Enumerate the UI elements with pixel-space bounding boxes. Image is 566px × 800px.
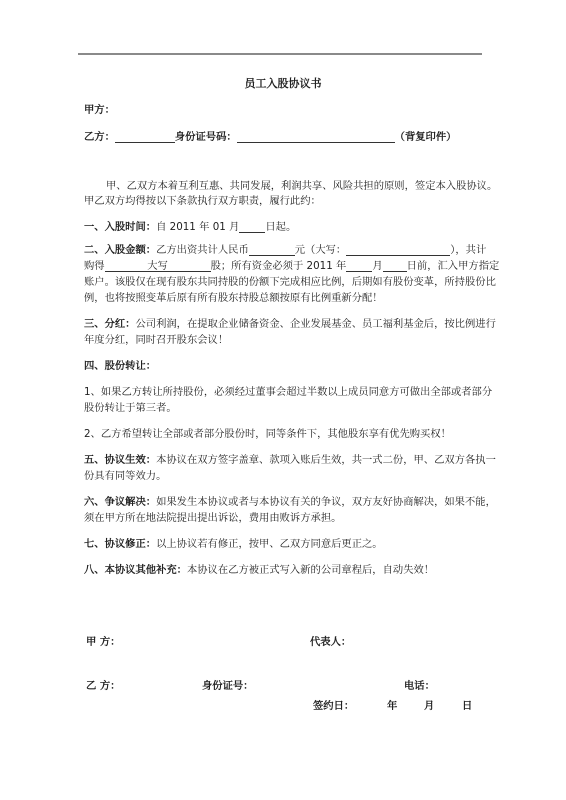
- party-a-field: 甲方：: [84, 104, 115, 116]
- start-day-blank[interactable]: [239, 221, 265, 233]
- signature-party-b: 乙 方：: [86, 677, 120, 692]
- section-8-line-1: 八、本协议其他补充：本协议在乙方被正式写入新的公司章程后，自动失效！: [84, 564, 434, 576]
- intro-line-2: 甲乙双方均得按以下条款执行双方职责，履行此约：: [84, 195, 321, 207]
- shares-count-blank[interactable]: 大写: [105, 260, 211, 272]
- section-2-heading: 二、入股金额：: [84, 244, 156, 256]
- section-2-line-1: 二、入股金额：乙方出资共计人民币元（大写：），共计: [84, 244, 486, 256]
- section-1-text-end: 日起。: [265, 221, 296, 233]
- party-b-name-blank[interactable]: [115, 131, 175, 143]
- deadline-day-blank[interactable]: [383, 260, 407, 272]
- section-3-heading: 三、分红：: [84, 318, 135, 330]
- signature-day: 日: [462, 697, 472, 712]
- section-6-text: 如果发生本协议或者与本协议有关的争议，双方友好协商解决，如果不能，: [156, 496, 496, 508]
- section-2-text: 购得: [84, 260, 105, 272]
- section-5-line-1: 五、协议生效：本协议在双方签字盖章、款项入账后生效，共一式二份，甲、乙双方各执一: [84, 454, 496, 466]
- id-number-blank[interactable]: [237, 131, 395, 143]
- section-5-text: 本协议在双方签字盖章、款项入账后生效，共一式二份，甲、乙双方各执一: [156, 454, 496, 466]
- section-4-heading: 四、股份转让：: [84, 360, 156, 372]
- section-1-text: 自 2011 年 01 月: [156, 221, 239, 233]
- section-7-line-1: 七、协议修正：以上协议若有修正，按甲、乙双方同意后更正之。: [84, 538, 383, 550]
- section-3-line-1: 三、分红：公司利润，在提取企业储备资金、企业发展基金、员工福利基金后，按比例进行: [84, 318, 496, 330]
- section-4-item-1-line-1: 1、如果乙方转让所持股份，必须经过董事会超过半数以上成员同意方可做出全部或者部分: [84, 386, 492, 398]
- section-8-text: 本协议在乙方被正式写入新的公司章程后，自动失效！: [187, 564, 434, 576]
- section-2-text: 日前，汇入甲方指定: [407, 260, 500, 272]
- section-4-item-2: 2、乙方希望转让全部或者部分股份时，同等条件下，其他股东享有优先购买权！: [84, 428, 451, 440]
- section-2-line-2: 购得大写股；所有资金必须于 2011 年月日前，汇入甲方指定: [84, 260, 499, 272]
- section-2-text: ），共计: [450, 244, 486, 256]
- section-5-line-2: 份具有同等效力。: [84, 470, 166, 482]
- section-3-line-2: 年度分红，同时召开股东会议！: [84, 334, 228, 346]
- section-1-heading: 一、入股时间：: [84, 221, 156, 233]
- signature-representative: 代表人：: [310, 633, 351, 648]
- signature-date-label: 签约日：: [313, 697, 354, 712]
- section-5-heading: 五、协议生效：: [84, 454, 156, 466]
- signature-month: 月: [424, 697, 434, 712]
- shares-blank-hint: 大写: [147, 260, 168, 272]
- section-7-heading: 七、协议修正：: [84, 538, 156, 550]
- amount-capital-blank[interactable]: [346, 244, 450, 256]
- party-a-label: 甲方：: [84, 104, 115, 116]
- section-4-item-1-line-2: 股份转让于第三者。: [84, 402, 177, 414]
- intro-line-1: 甲、乙双方本着互利互惠、共同发展，利润共享、风险共担的原则，签定本入股协议。: [106, 180, 497, 192]
- signature-phone: 电话：: [404, 677, 435, 692]
- section-2-text: 乙方出资共计人民币: [156, 244, 249, 256]
- section-2-line-3: 账户。该股仅在现有股东共同持股的份额下完成相应比例，后期如有股份变革，所持股份比: [84, 276, 496, 288]
- section-2-line-4: 例，也将按照变革后原有所有股东持股总额按原有比例重新分配！: [84, 292, 383, 304]
- party-b-field: 乙方：身份证号码：（背复印件）: [84, 131, 456, 143]
- id-copy-note: （背复印件）: [395, 131, 457, 143]
- section-3-text: 公司利润，在提取企业储备资金、企业发展基金、员工福利基金后，按比例进行: [135, 318, 495, 330]
- section-2-text: 股；所有资金必须于 2011 年: [211, 260, 347, 272]
- header-rule: [78, 53, 482, 55]
- deadline-month-blank[interactable]: [346, 260, 372, 272]
- amount-rmb-blank[interactable]: [249, 244, 295, 256]
- signature-party-a: 甲 方：: [86, 633, 120, 648]
- signature-id-number: 身份证号：: [202, 677, 253, 692]
- section-6-heading: 六、争议解决：: [84, 496, 156, 508]
- section-2-text: 月: [372, 260, 382, 272]
- id-number-label: 身份证号码：: [175, 131, 237, 143]
- signature-year: 年: [387, 697, 397, 712]
- section-1: 一、入股时间：自 2011 年 01 月日起。: [84, 221, 296, 233]
- section-6-line-2: 须在甲方所在地法院提出提出诉讼，费用由败诉方承担。: [84, 512, 341, 524]
- document-title: 员工入股协议书: [0, 75, 566, 91]
- section-6-line-1: 六、争议解决：如果发生本协议或者与本协议有关的争议，双方友好协商解决，如果不能，: [84, 496, 496, 508]
- section-8-heading: 八、本协议其他补充：: [84, 564, 187, 576]
- party-b-label: 乙方：: [84, 131, 115, 143]
- section-7-text: 以上协议若有修正，按甲、乙双方同意后更正之。: [156, 538, 383, 550]
- section-2-text: 元（大写：: [295, 244, 346, 256]
